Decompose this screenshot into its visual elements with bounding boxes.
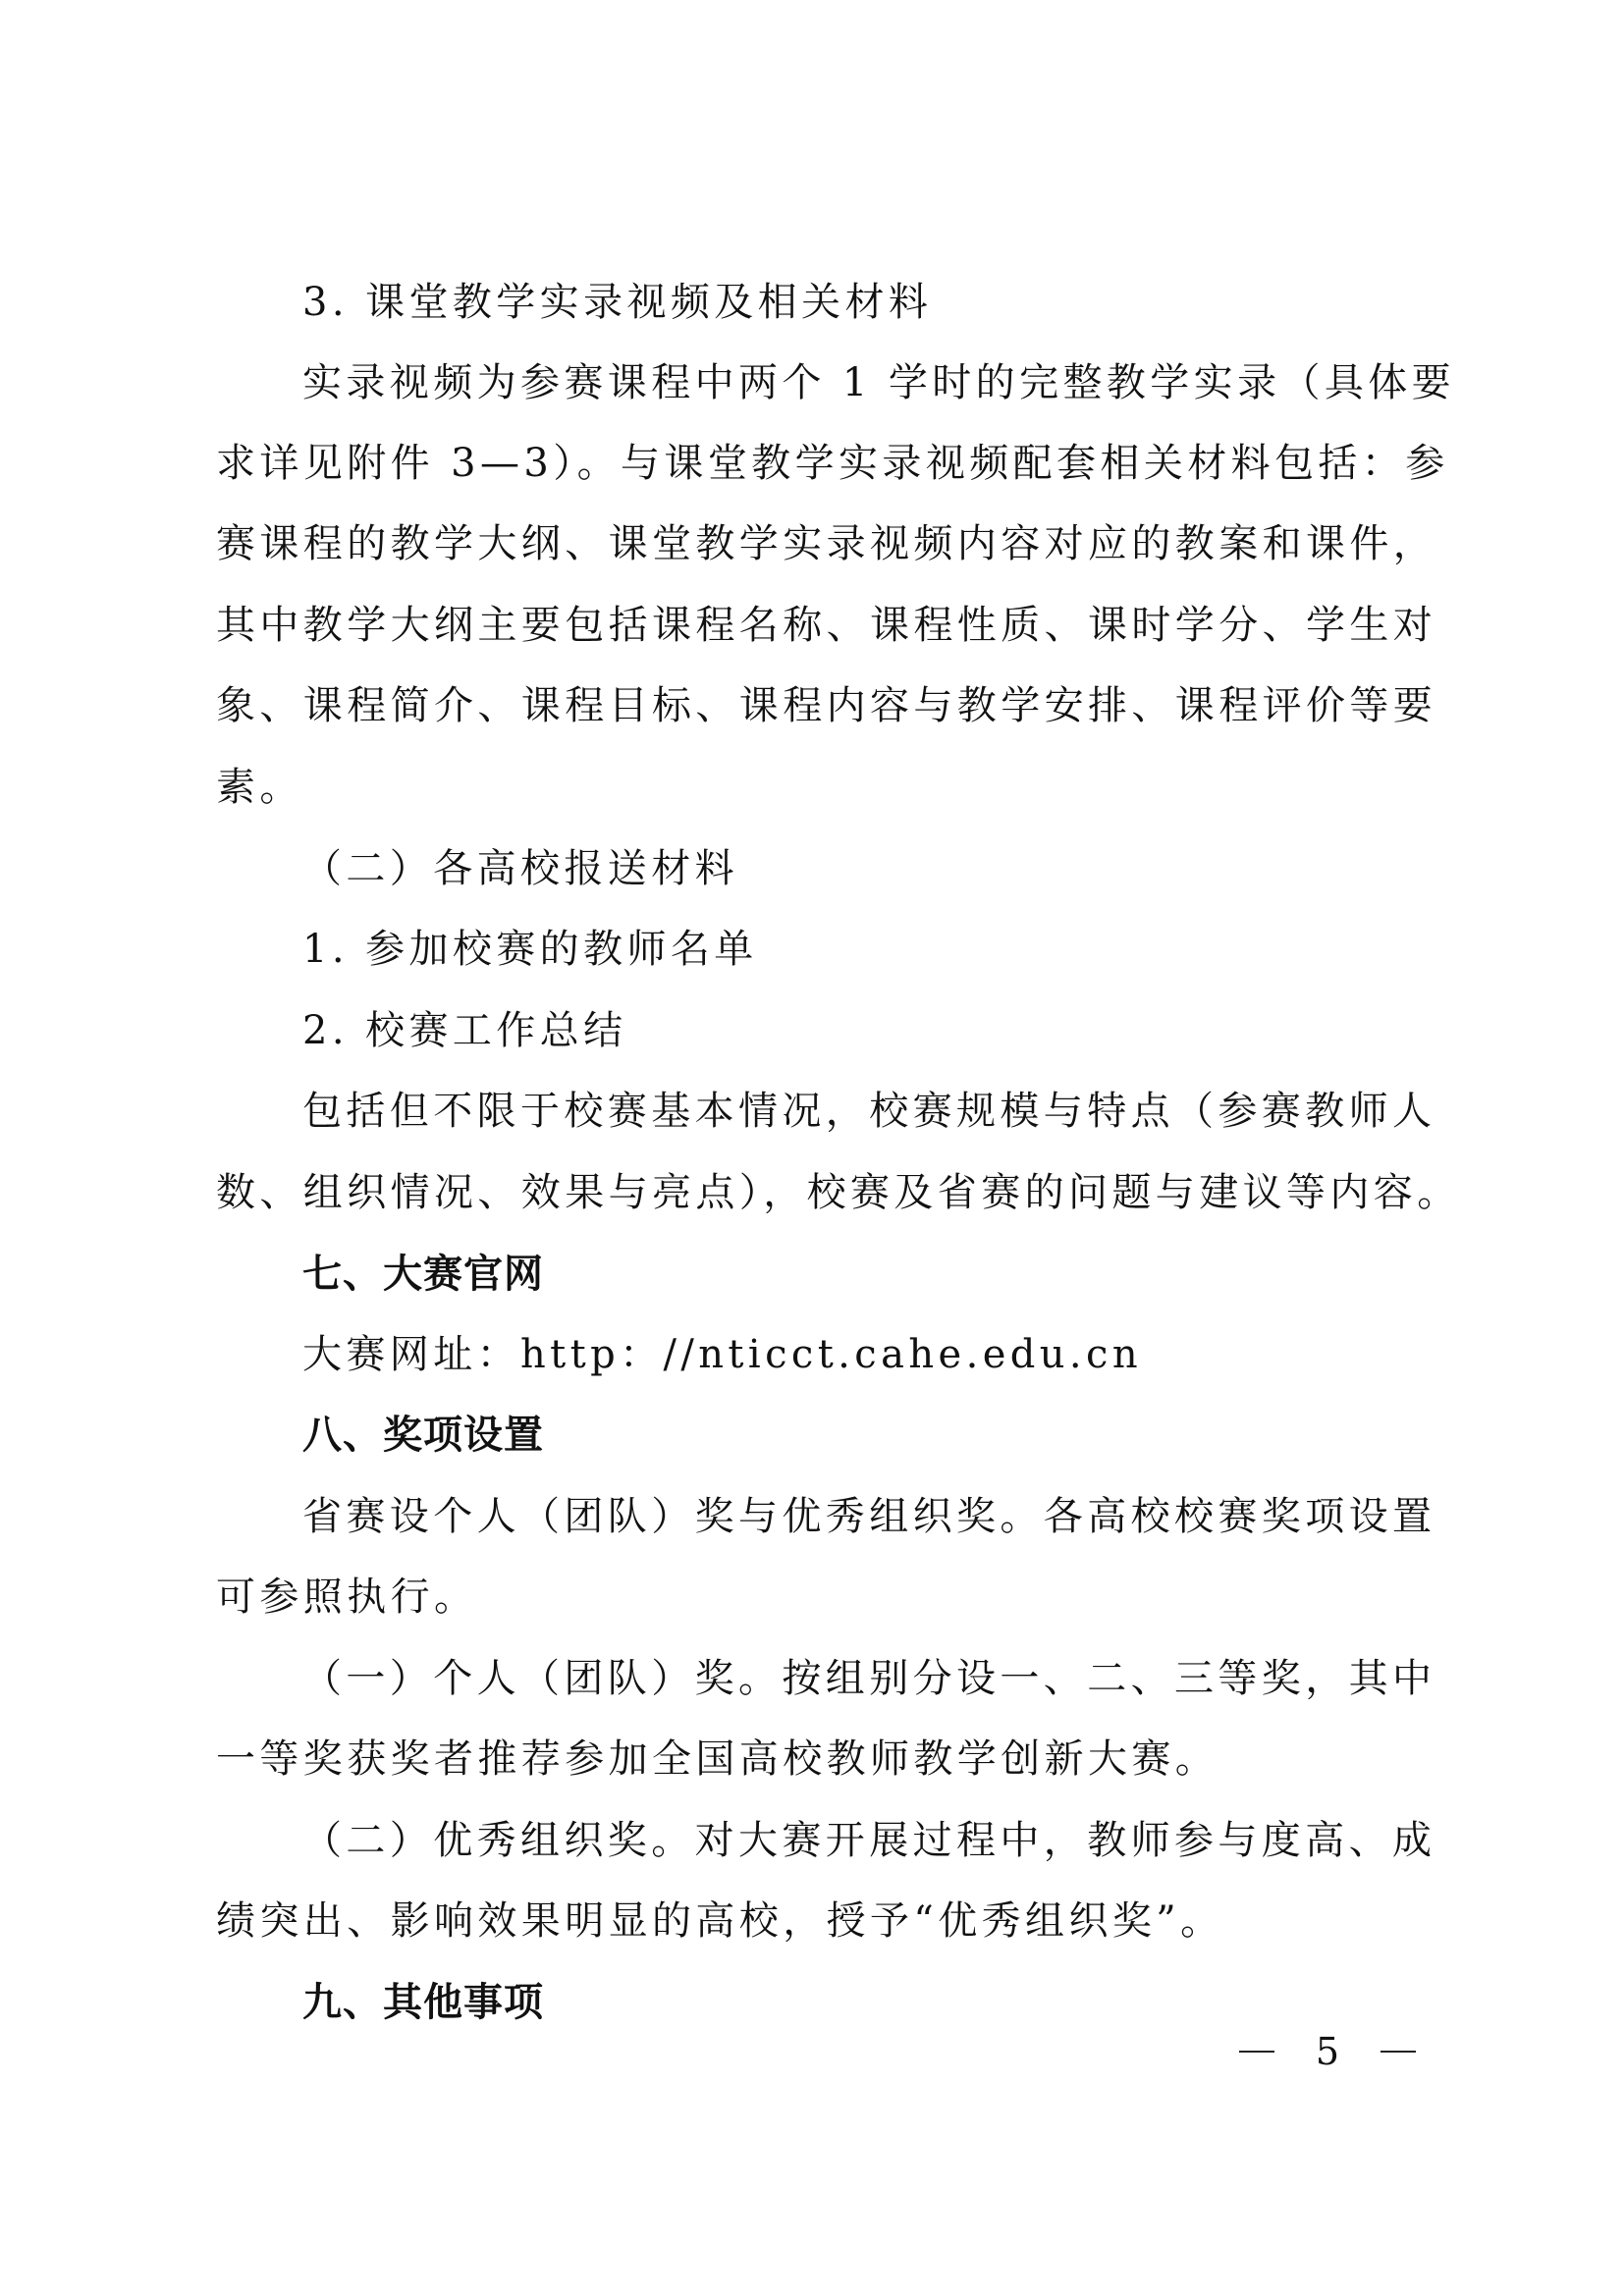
text-line: 象、课程简介、课程目标、课程内容与教学安排、课程评价等要 (216, 678, 1414, 733)
text-line: 省赛设个人（团队）奖与优秀组织奖。各高校校赛奖项设置 (302, 1489, 1414, 1544)
text-line: 包括但不限于校赛基本情况，校赛规模与特点（参赛教师人 (302, 1084, 1414, 1139)
text-line: 素。 (216, 760, 1414, 815)
text-line: 可参照执行。 (216, 1570, 1414, 1625)
text-line: 赛课程的教学大纲、课堂教学实录视频内容对应的教案和课件， (216, 516, 1414, 571)
text-line: 求详见附件 3—3）。与课堂教学实录视频配套相关材料包括：参 (216, 436, 1414, 491)
text-line: 绩突出、影响效果明显的高校，授予“优秀组织奖”。 (216, 1894, 1414, 1949)
left-dash (1239, 2051, 1274, 2053)
text-line: 1. 参加校赛的教师名单 (302, 922, 1500, 977)
text-line: 其中教学大纲主要包括课程名称、课程性质、课时学分、学生对 (216, 598, 1414, 653)
text-line: （一）个人（团队）奖。按组别分设一、二、三等奖，其中 (302, 1651, 1414, 1706)
section-heading: 九、其他事项 (302, 1975, 1500, 2030)
text-line: 数、组织情况、效果与亮点），校赛及省赛的问题与建议等内容。 (216, 1165, 1414, 1220)
page-number: 5 (1316, 2030, 1339, 2073)
section-heading: 七、大赛官网 (302, 1247, 1500, 1302)
text-line: 大赛网址：http：//nticct.cahe.edu.cn (302, 1327, 1500, 1382)
section-heading: 八、奖项设置 (302, 1408, 1500, 1463)
right-dash (1380, 2051, 1416, 2053)
text-line: 一等奖获奖者推荐参加全国高校教师教学创新大赛。 (216, 1732, 1414, 1787)
document-page: 3. 课堂教学实录视频及相关材料实录视频为参赛课程中两个 1 学时的完整教学实录… (0, 0, 1624, 2296)
page-number-footer: 5 (1239, 2024, 1416, 2079)
text-line: （二）优秀组织奖。对大赛开展过程中，教师参与度高、成 (302, 1813, 1414, 1868)
text-line: 实录视频为参赛课程中两个 1 学时的完整教学实录（具体要 (302, 355, 1414, 410)
text-line: （二）各高校报送材料 (302, 841, 1500, 896)
text-line: 2. 校赛工作总结 (302, 1003, 1500, 1058)
text-line: 3. 课堂教学实录视频及相关材料 (302, 275, 1500, 330)
